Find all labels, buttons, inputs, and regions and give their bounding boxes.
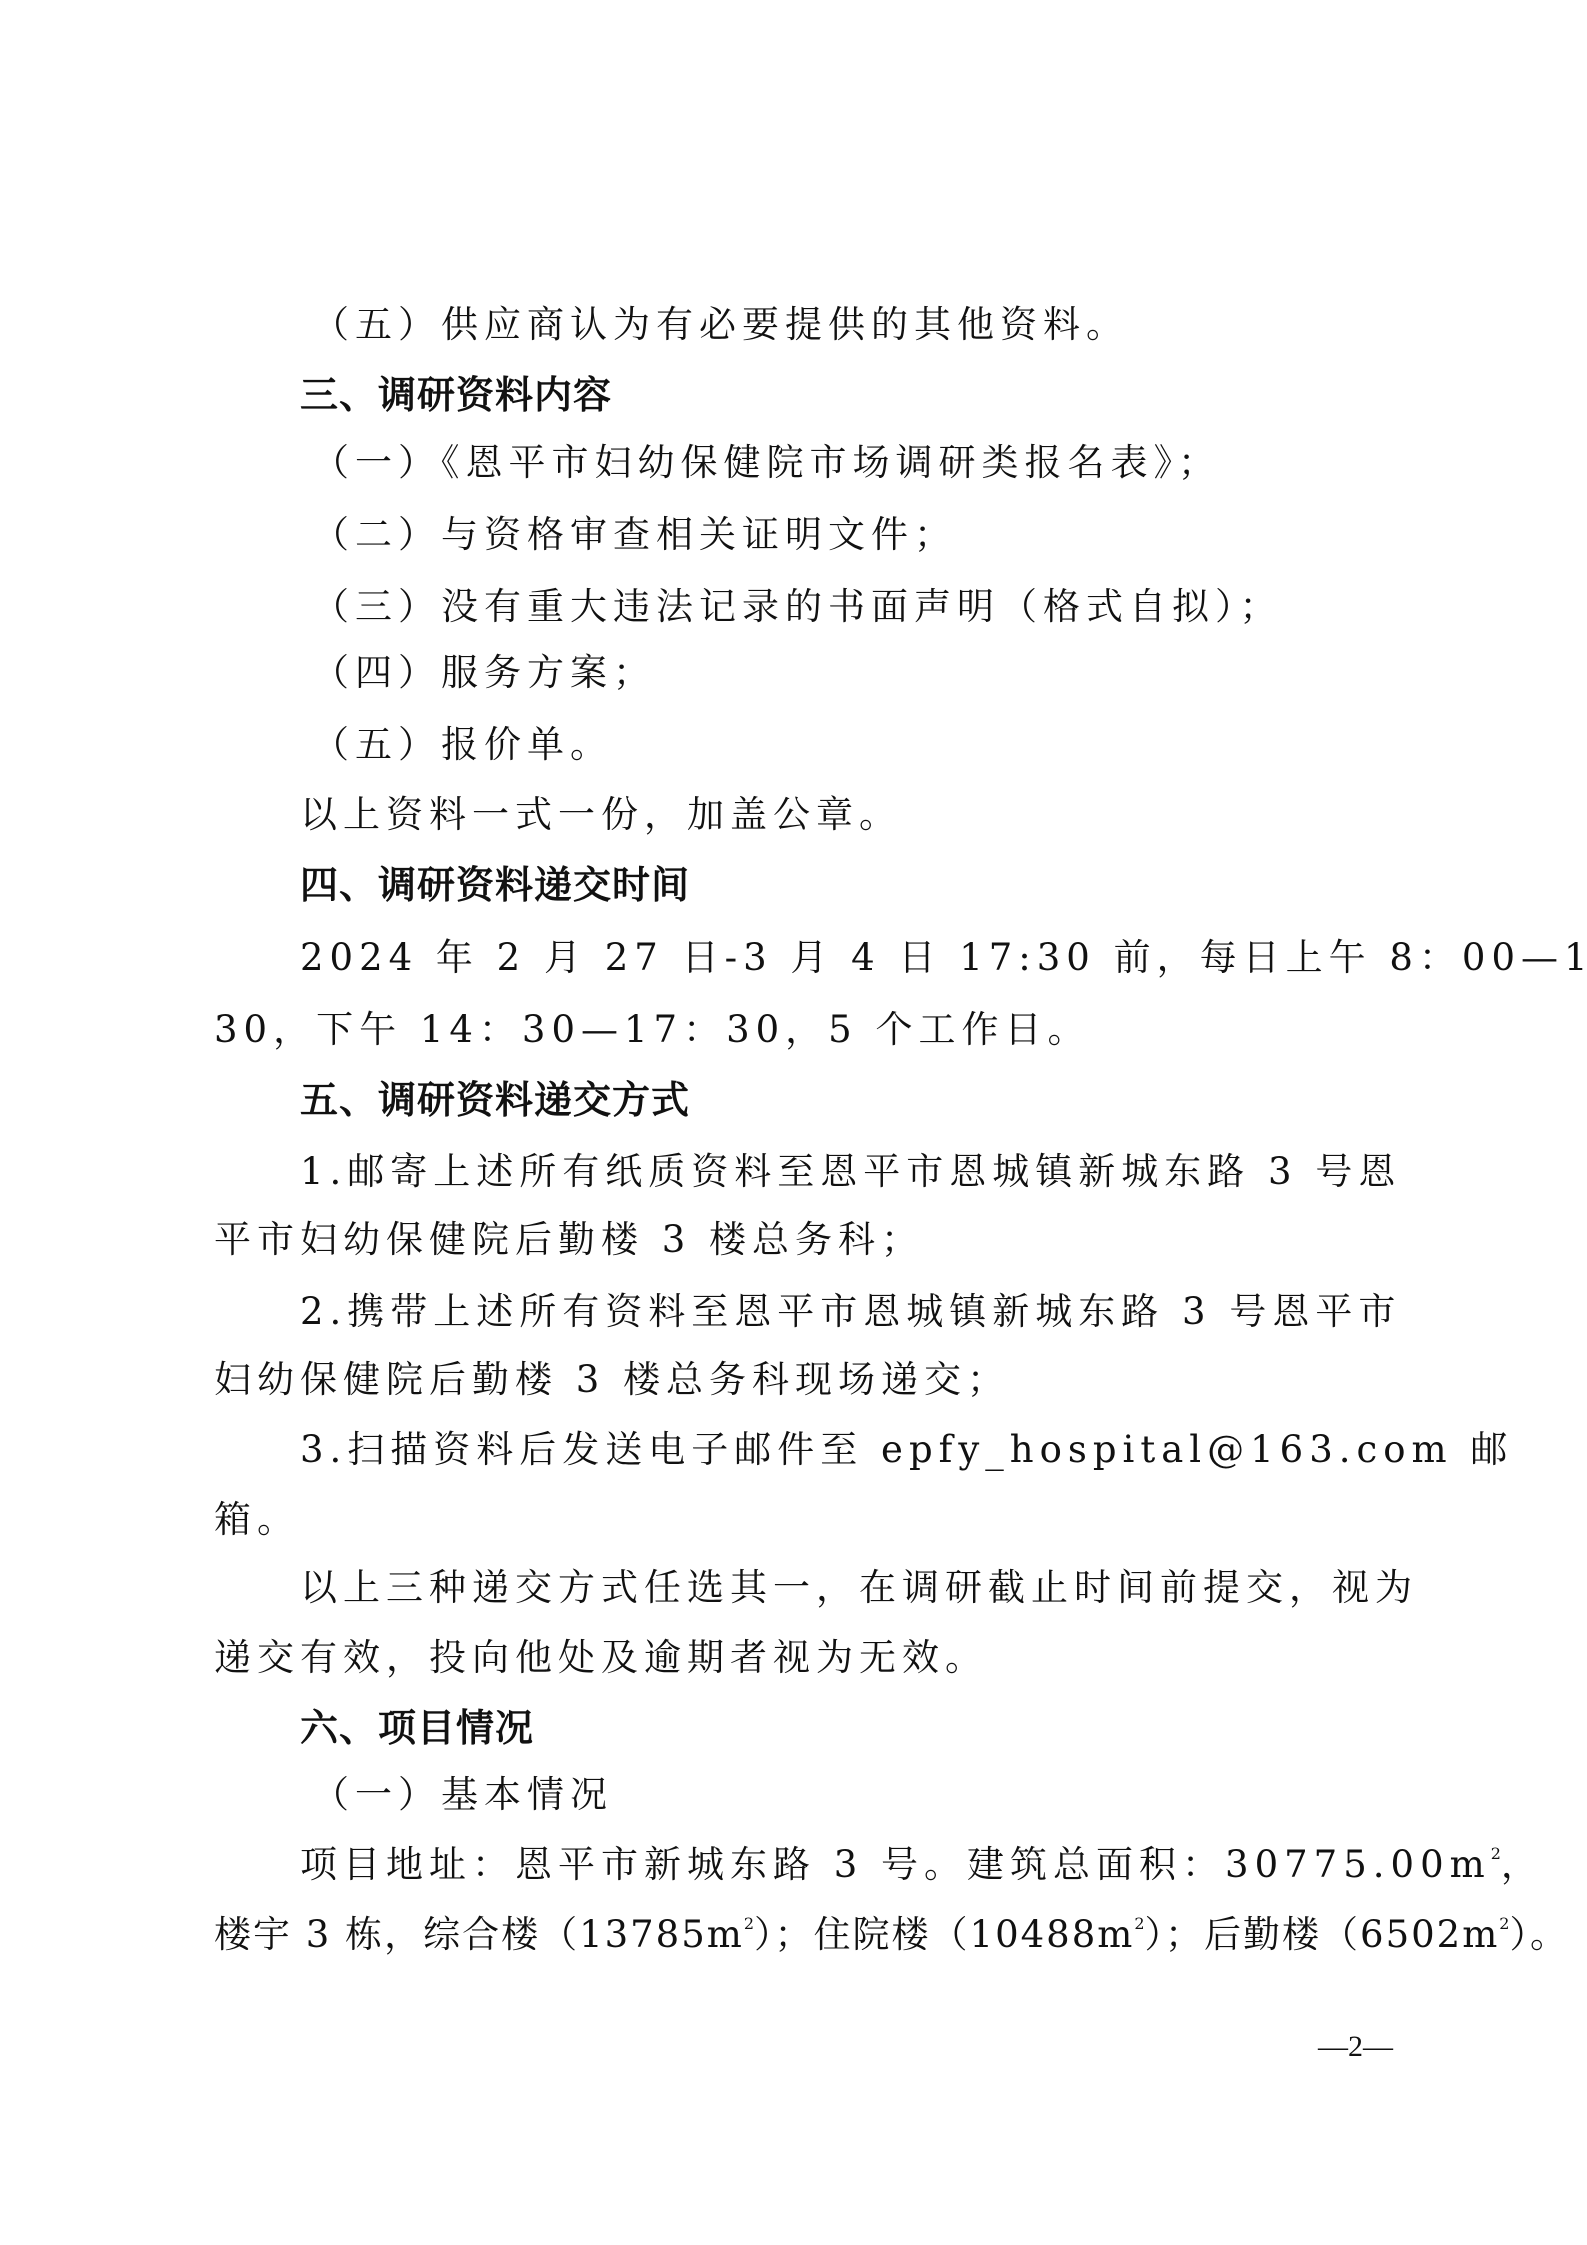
materials-item-registration-form: （一）《恩平市妇幼保健院市场调研类报名表》；: [312, 438, 1395, 488]
project-buildings-line: 楼宇 3 栋，综合楼（13785m2）；住院楼（10488m2）；后勤楼（650…: [214, 1910, 1394, 1960]
subsection-basic-info: （一）基本情况: [312, 1770, 1395, 1820]
materials-item-no-violation-statement: （三）没有重大违法记录的书面声明（格式自拟）；: [312, 582, 1395, 632]
section-heading-materials-content: 三、调研资料内容: [300, 370, 1480, 420]
superscript-2: 2: [1499, 1914, 1509, 1933]
document-page: （五）供应商认为有必要提供的其他资料。 三、调研资料内容 （一）《恩平市妇幼保健…: [0, 0, 1587, 2245]
method-email-line-1: 3.扫描资料后发送电子邮件至 epfy_hospital@163.com 邮: [300, 1425, 1395, 1475]
materials-item-quotation: （五）报价单。: [312, 720, 1395, 770]
method-choice-note-line-1: 以上三种递交方式任选其一，在调研截止时间前提交，视为: [300, 1563, 1395, 1613]
method-choice-note-line-2: 递交有效，投向他处及逾期者视为无效。: [214, 1633, 1394, 1683]
method-mail-line-2: 平市妇幼保健院后勤楼 3 楼总务科；: [214, 1215, 1394, 1265]
section-heading-project-info: 六、项目情况: [300, 1703, 1480, 1753]
method-in-person-line-1: 2.携带上述所有资料至恩平市恩城镇新城东路 3 号恩平市: [300, 1287, 1395, 1337]
project-address-text: 项目地址：恩平市新城东路 3 号。建筑总面积：30775.00m: [300, 1843, 1491, 1886]
method-email-line-2: 箱。: [214, 1495, 1394, 1545]
materials-copies-note: 以上资料一式一份，加盖公章。: [300, 790, 1395, 840]
building-general-text: 楼宇 3 栋，综合楼（13785m: [214, 1913, 744, 1956]
method-mail-line-1: 1.邮寄上述所有纸质资料至恩平市恩城镇新城东路 3 号恩: [300, 1147, 1395, 1197]
superscript-2: 2: [744, 1914, 754, 1933]
section-heading-submission-time: 四、调研资料递交时间: [300, 860, 1480, 910]
materials-item-service-plan: （四）服务方案；: [312, 648, 1395, 698]
superscript-2: 2: [1134, 1914, 1144, 1933]
punctuation: ）。: [1509, 1913, 1569, 1956]
building-inpatient-text: ）；住院楼（10488m: [754, 1913, 1134, 1956]
section-heading-submission-method: 五、调研资料递交方式: [300, 1075, 1480, 1125]
project-address-area-line-1: 项目地址：恩平市新城东路 3 号。建筑总面积：30775.00m2，: [300, 1840, 1395, 1890]
submission-time-line-2: 30，下午 14：30—17：30，5 个工作日。: [214, 1005, 1394, 1055]
materials-item-qualification-docs: （二）与资格审查相关证明文件；: [312, 510, 1395, 560]
submission-time-line-1: 2024 年 2 月 27 日-3 月 4 日 17:30 前，每日上午 8：0…: [300, 933, 1395, 983]
supplier-other-materials-item: （五）供应商认为有必要提供的其他资料。: [312, 300, 1395, 350]
building-logistics-text: ）；后勤楼（6502m: [1145, 1913, 1500, 1956]
superscript-2: 2: [1491, 1844, 1501, 1863]
page-number: —2—: [1318, 2030, 1393, 2064]
punctuation: ，: [1501, 1843, 1544, 1886]
method-in-person-line-2: 妇幼保健院后勤楼 3 楼总务科现场递交；: [214, 1355, 1394, 1405]
